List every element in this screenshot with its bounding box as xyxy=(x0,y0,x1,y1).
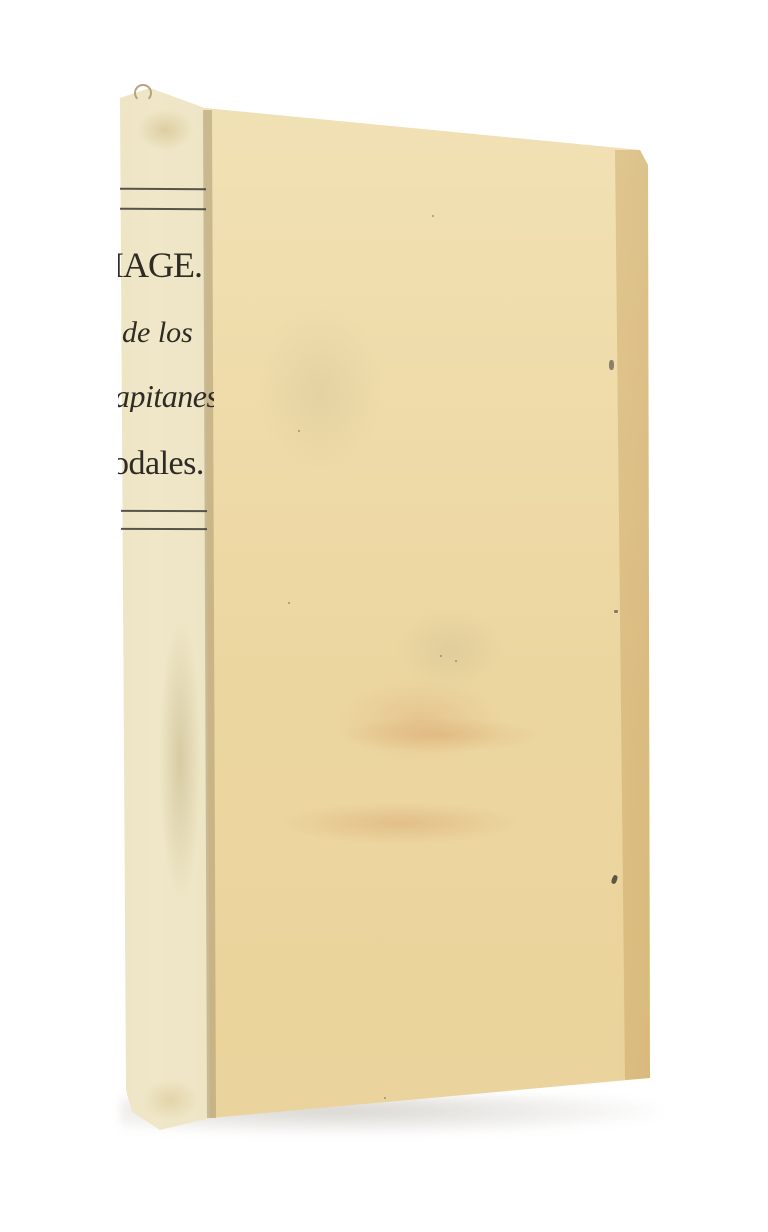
vellum-book: IAGE. de los apitanes odales. xyxy=(0,0,768,1232)
headband-thread xyxy=(134,84,152,102)
cover-speck xyxy=(298,430,300,432)
photo-scene: IAGE. de los apitanes odales. xyxy=(0,0,768,1232)
front-cover xyxy=(0,0,768,1232)
cover-speck xyxy=(288,602,290,604)
spine-title-line-4: odales. xyxy=(118,447,214,481)
cover-speck xyxy=(384,1097,386,1099)
cover-mark xyxy=(609,360,614,370)
cover-speck xyxy=(440,655,442,657)
cover-mark xyxy=(614,610,618,613)
spine-rule-bottom-2 xyxy=(121,528,207,530)
spine-title-line-3: apitanes xyxy=(118,380,214,412)
cover-speck xyxy=(432,215,434,217)
spine-title-line-2: de los xyxy=(118,318,214,348)
cover-speck xyxy=(455,660,457,662)
spine-rule-bottom-1 xyxy=(121,510,207,512)
spine-title-line-1: IAGE. xyxy=(118,247,214,283)
